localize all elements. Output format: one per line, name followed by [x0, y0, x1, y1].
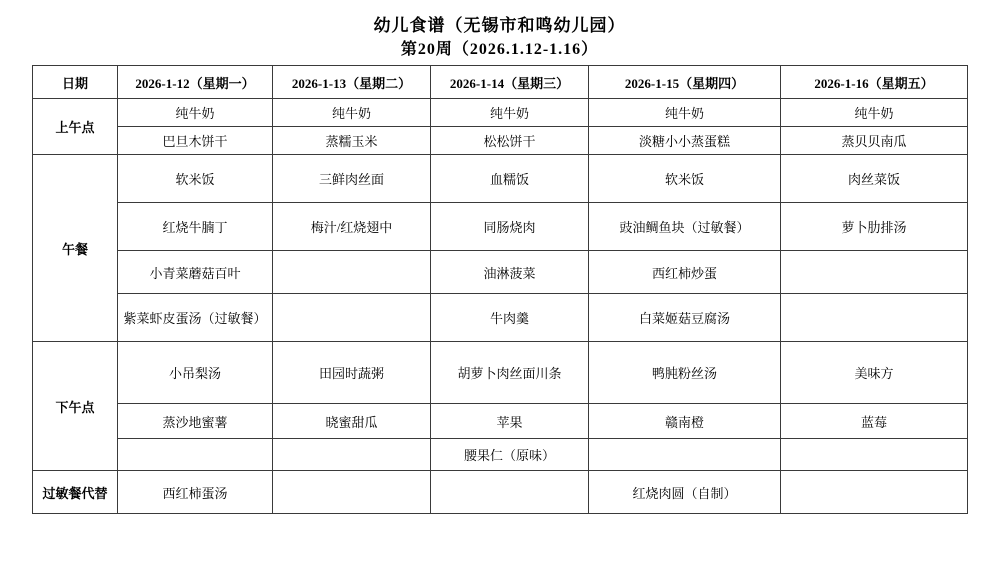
menu-cell	[781, 251, 968, 294]
menu-cell: 红烧牛腩丁	[118, 203, 273, 251]
menu-cell	[589, 439, 781, 471]
menu-cell: 蒸沙地蜜薯	[118, 404, 273, 439]
day-header-tuesday: 2026-1-13（星期二）	[273, 66, 431, 99]
menu-cell	[781, 294, 968, 342]
table-row: 紫菜虾皮蛋汤（过敏餐） 牛肉羹 白菜姬菇豆腐汤	[33, 294, 968, 342]
menu-cell: 田园时蔬粥	[273, 342, 431, 404]
menu-cell: 软米饭	[589, 155, 781, 203]
menu-cell: 松松饼干	[431, 127, 589, 155]
menu-cell: 纯牛奶	[781, 99, 968, 127]
section-label-allergy-substitute: 过敏餐代替	[33, 471, 118, 514]
menu-cell	[431, 471, 589, 514]
menu-cell: 牛肉羹	[431, 294, 589, 342]
menu-cell: 紫菜虾皮蛋汤（过敏餐）	[118, 294, 273, 342]
menu-page: 幼儿食谱（无锡市和鸣幼儿园） 第20周（2026.1.12-1.16） 日期 2…	[0, 0, 999, 568]
menu-cell: 肉丝菜饭	[781, 155, 968, 203]
table-row: 红烧牛腩丁 梅汁/红烧翅中 同肠烧肉 豉油鲷鱼块（过敏餐） 萝卜肋排汤	[33, 203, 968, 251]
menu-cell: 蓝莓	[781, 404, 968, 439]
menu-cell: 腰果仁（原味）	[431, 439, 589, 471]
menu-cell	[273, 439, 431, 471]
menu-cell: 淡糖小小蒸蛋糕	[589, 127, 781, 155]
menu-cell: 西红柿炒蛋	[589, 251, 781, 294]
menu-cell: 软米饭	[118, 155, 273, 203]
menu-cell: 豉油鲷鱼块（过敏餐）	[589, 203, 781, 251]
menu-cell: 纯牛奶	[589, 99, 781, 127]
menu-cell: 小青菜蘑菇百叶	[118, 251, 273, 294]
day-header-thursday: 2026-1-15（星期四）	[589, 66, 781, 99]
menu-cell: 红烧肉圆（自制）	[589, 471, 781, 514]
menu-cell	[781, 471, 968, 514]
page-title: 幼儿食谱（无锡市和鸣幼儿园）	[0, 14, 999, 39]
menu-cell: 纯牛奶	[431, 99, 589, 127]
menu-cell	[273, 471, 431, 514]
menu-cell	[781, 439, 968, 471]
menu-cell: 萝卜肋排汤	[781, 203, 968, 251]
menu-cell: 巴旦木饼干	[118, 127, 273, 155]
menu-cell: 赣南橙	[589, 404, 781, 439]
menu-table: 日期 2026-1-12（星期一） 2026-1-13（星期二） 2026-1-…	[32, 65, 968, 514]
menu-cell: 梅汁/红烧翅中	[273, 203, 431, 251]
day-header-friday: 2026-1-16（星期五）	[781, 66, 968, 99]
menu-cell: 油淋菠菜	[431, 251, 589, 294]
menu-cell: 胡萝卜肉丝面川条	[431, 342, 589, 404]
menu-cell	[118, 439, 273, 471]
table-row: 小青菜蘑菇百叶 油淋菠菜 西红柿炒蛋	[33, 251, 968, 294]
menu-cell: 小吊梨汤	[118, 342, 273, 404]
page-subtitle: 第20周（2026.1.12-1.16）	[0, 39, 999, 61]
section-label-lunch: 午餐	[33, 155, 118, 342]
table-row: 上午点 纯牛奶 纯牛奶 纯牛奶 纯牛奶 纯牛奶	[33, 99, 968, 127]
menu-cell: 西红柿蛋汤	[118, 471, 273, 514]
table-row: 蒸沙地蜜薯 晓蜜甜瓜 苹果 赣南橙 蓝莓	[33, 404, 968, 439]
table-row: 巴旦木饼干 蒸糯玉米 松松饼干 淡糖小小蒸蛋糕 蒸贝贝南瓜	[33, 127, 968, 155]
section-label-afternoon-snack: 下午点	[33, 342, 118, 471]
menu-cell: 晓蜜甜瓜	[273, 404, 431, 439]
menu-cell: 三鲜肉丝面	[273, 155, 431, 203]
day-header-wednesday: 2026-1-14（星期三）	[431, 66, 589, 99]
table-row: 腰果仁（原味）	[33, 439, 968, 471]
menu-cell: 苹果	[431, 404, 589, 439]
table-row: 下午点 小吊梨汤 田园时蔬粥 胡萝卜肉丝面川条 鸭肫粉丝汤 美味方	[33, 342, 968, 404]
menu-cell: 鸭肫粉丝汤	[589, 342, 781, 404]
header-row: 日期 2026-1-12（星期一） 2026-1-13（星期二） 2026-1-…	[33, 66, 968, 99]
menu-cell: 同肠烧肉	[431, 203, 589, 251]
table-row: 过敏餐代替 西红柿蛋汤 红烧肉圆（自制）	[33, 471, 968, 514]
menu-cell: 纯牛奶	[273, 99, 431, 127]
menu-cell: 蒸糯玉米	[273, 127, 431, 155]
menu-cell: 白菜姬菇豆腐汤	[589, 294, 781, 342]
menu-cell: 血糯饭	[431, 155, 589, 203]
menu-cell	[273, 251, 431, 294]
menu-cell: 纯牛奶	[118, 99, 273, 127]
menu-cell: 蒸贝贝南瓜	[781, 127, 968, 155]
date-header-cell: 日期	[33, 66, 118, 99]
day-header-monday: 2026-1-12（星期一）	[118, 66, 273, 99]
menu-cell	[273, 294, 431, 342]
section-label-morning-snack: 上午点	[33, 99, 118, 155]
table-row: 午餐 软米饭 三鲜肉丝面 血糯饭 软米饭 肉丝菜饭	[33, 155, 968, 203]
menu-cell: 美味方	[781, 342, 968, 404]
